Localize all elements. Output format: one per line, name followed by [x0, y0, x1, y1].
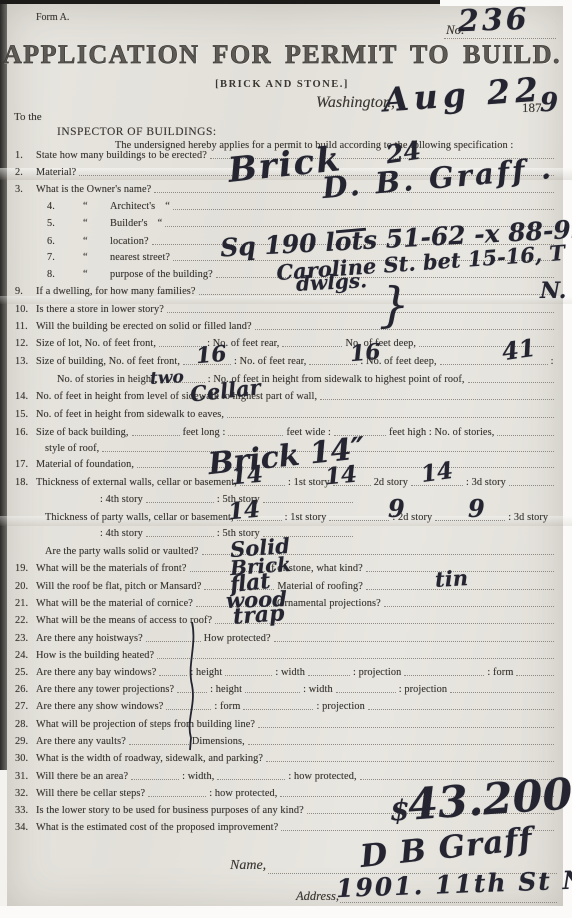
fill-line — [468, 381, 554, 383]
question-text: style of roof, — [45, 443, 99, 454]
question-text: : 4th story — [100, 494, 143, 505]
question-text: location? — [110, 236, 149, 247]
addressee-label: INSPECTOR OF BUILDINGS: — [57, 126, 217, 138]
fill-line — [227, 416, 554, 418]
question-text: Will the roof be flat, pitch or Mansard? — [36, 581, 201, 592]
fill-line — [509, 484, 554, 486]
question-text: : projection — [353, 667, 401, 678]
ink-cellar-note: Cellar — [189, 376, 262, 404]
fill-line — [243, 708, 313, 710]
question-number: 21. — [15, 598, 36, 609]
question-30: 30.What is the width of roadway, sidewal… — [15, 753, 557, 764]
fill-line — [245, 691, 300, 693]
question-text: : width, — [182, 771, 214, 782]
question-number: 30. — [15, 753, 36, 764]
ink-ext-cellar: 14 — [230, 463, 264, 489]
fill-line — [199, 293, 554, 295]
question-12: 12.Size of lot, No. of feet front,: No. … — [15, 338, 557, 349]
fill-line — [274, 640, 554, 642]
question-number: 29. — [15, 736, 36, 747]
fill-line — [146, 501, 214, 503]
question-text: : 4th story — [100, 528, 143, 539]
ink-roofing-material: tin — [434, 567, 468, 590]
question-text: Size of back building, — [36, 427, 129, 438]
ditto-mark: “ — [158, 218, 163, 229]
question-text: Is there a store in lower story? — [36, 304, 164, 315]
question-text: What will be the materials of front? — [36, 563, 187, 574]
question-number: 9. — [15, 286, 36, 297]
fill-line — [157, 657, 554, 659]
question-number: 19. — [15, 563, 36, 574]
ditto-mark: “ — [83, 269, 110, 280]
question-text: Builder's — [110, 218, 148, 229]
page-title: APPLICATION FOR PERMIT TO BUILD. — [0, 40, 564, 70]
question-number: 28. — [15, 719, 36, 730]
fill-line — [516, 674, 554, 676]
fill-line — [248, 743, 554, 745]
question-text: What is the width of roadway, sidewalk, … — [36, 753, 263, 764]
question-text: What will be the material of cornice? — [36, 598, 193, 609]
question-text: If a dwelling, for how many families? — [36, 286, 196, 297]
ditto-mark: “ — [83, 201, 110, 212]
question-number: 14. — [15, 391, 36, 402]
question-text: : projection — [316, 701, 364, 712]
question-text: Are the party walls solid or vaulted? — [45, 546, 199, 557]
question-number: 25. — [15, 667, 36, 678]
ink-ext-2d-story: 14 — [420, 459, 455, 486]
question-4: 4.“Architect's“ — [47, 201, 557, 212]
ink-purpose: dwlgs. — [296, 270, 368, 294]
fill-line — [263, 501, 353, 503]
question-number: 1. — [15, 150, 36, 161]
question-number: 7. — [47, 252, 83, 263]
question-text: : how protected, — [288, 771, 356, 782]
question-number: 20. — [15, 581, 36, 592]
question-27: 27.Are there any show windows?: form: pr… — [15, 701, 557, 712]
ink-cost-currency: $ — [390, 797, 409, 825]
scan-edge-bottom — [0, 906, 572, 918]
ditto-mark: “ — [83, 252, 110, 263]
question-text: Material? — [36, 167, 76, 178]
question-number: 2. — [15, 167, 36, 178]
question-text: What will be projection of steps from bu… — [36, 719, 255, 730]
question-number: 22. — [15, 615, 36, 626]
fill-line — [132, 434, 180, 436]
fill-line — [148, 795, 206, 797]
question-number: 17. — [15, 459, 36, 470]
paper-crease — [0, 296, 572, 304]
question-number: 5. — [47, 218, 83, 229]
question-25: 25.Are there any bay windows?: height: w… — [15, 667, 557, 678]
question-text: : 1st story — [285, 512, 327, 523]
fill-line — [225, 674, 272, 676]
question-text: purpose of the building? — [110, 269, 213, 280]
question-text: Material of foundation, — [36, 459, 134, 470]
question-number: 23. — [15, 633, 36, 644]
ditto-mark: “ — [83, 236, 110, 247]
ink-feet-rear: 16 — [349, 341, 381, 366]
to-the-label: To the — [14, 111, 42, 123]
ditto-mark: “ — [165, 201, 170, 212]
question-13: 13.Size of building, No. of feet front,:… — [15, 356, 557, 367]
question-28: 28.What will be projection of steps from… — [15, 719, 557, 730]
question-text: Are there any bay windows? — [36, 667, 156, 678]
scan-edge-left — [0, 0, 7, 770]
question-text: Thickness of party walls, cellar or base… — [45, 512, 234, 523]
ink-ext-1st-story: 14 — [324, 463, 358, 489]
ink-estimated-cost: 43.200 — [407, 773, 572, 827]
question-16: 16.Size of back building,feet long :feet… — [15, 427, 557, 438]
fill-line — [146, 535, 214, 537]
question-text: How protected? — [204, 633, 271, 644]
question-number: 11. — [15, 321, 36, 332]
fill-line — [320, 398, 554, 400]
question-29: 29.Are there any vaults?Dimensions, — [15, 736, 557, 747]
question-text: Material of roofing? — [277, 581, 363, 592]
ink-vertical-stroke — [184, 620, 200, 752]
question-22: 22.What will be the means of access to r… — [15, 615, 557, 626]
fill-line — [404, 674, 484, 676]
question-number: 27. — [15, 701, 36, 712]
question-text: : 3d story — [508, 512, 548, 523]
fill-line — [131, 778, 179, 780]
question-number: 6. — [47, 236, 83, 247]
question-number: 16. — [15, 427, 36, 438]
fill-line — [329, 519, 389, 521]
question-text: Are there any show windows? — [36, 701, 163, 712]
question-text: Ornamental projections? — [277, 598, 381, 609]
question-text: Will there be cellar steps? — [36, 788, 145, 799]
question-14: 14.No. of feet in height from level of s… — [15, 391, 557, 402]
question-text: Size of lot, No. of feet front, — [36, 338, 156, 349]
question-text: Are there any tower projections? — [36, 684, 174, 695]
question-13-stories: No. of stories in height,: No. of feet i… — [57, 374, 557, 385]
question-text: Are there any hoistways? — [36, 633, 143, 644]
ink-year-digit: 9 — [540, 90, 558, 116]
question-text: Architect's — [110, 201, 155, 212]
question-text: Will there be an area? — [36, 771, 128, 782]
question-text: What is the estimated cost of the propos… — [36, 822, 278, 833]
question-text: : 1st story — [288, 477, 330, 488]
question-text: 2d story — [374, 477, 408, 488]
fill-line — [440, 363, 548, 365]
question-text: : No. of feet rear, — [234, 356, 306, 367]
question-24: 24.How is the building heated? — [15, 650, 557, 661]
fill-line — [336, 691, 396, 693]
ink-purpose-note: N. — [540, 280, 566, 302]
question-number: 4. — [47, 201, 83, 212]
question-number: 24. — [15, 650, 36, 661]
fill-line — [228, 434, 283, 436]
question-text: feet high : No. of stories, — [389, 427, 494, 438]
question-text: Thickness of external walls, cellar or b… — [36, 477, 237, 488]
permit-form-page: Form A. No. APPLICATION FOR PERMIT TO BU… — [0, 0, 572, 918]
ink-form-number: 236 — [457, 5, 530, 37]
ink-stories: two — [150, 369, 185, 388]
question-text: Size of building, No. of feet front, — [36, 356, 180, 367]
form-label: Form A. — [36, 12, 69, 23]
scan-edge-top — [0, 0, 440, 4]
question-text: : width — [303, 684, 333, 695]
ink-brace: } — [379, 281, 410, 329]
question-18: 18.Thickness of external walls, cellar o… — [15, 477, 557, 488]
question-26: 26.Are there any tower projections?: hei… — [15, 684, 557, 695]
question-text: Is the lower story to be used for busine… — [36, 805, 304, 816]
address-line — [340, 902, 557, 903]
question-text: : width — [275, 667, 305, 678]
fill-line — [258, 726, 554, 728]
fill-line — [173, 208, 554, 210]
ink-owner-name: D. B. Graff . — [321, 154, 555, 203]
fill-line — [450, 691, 554, 693]
question-text: feet long : — [183, 427, 226, 438]
question-11: 11.Will the building be erected on solid… — [15, 321, 557, 332]
fill-line — [384, 605, 554, 607]
question-number: 26. — [15, 684, 36, 695]
question-number: 10. — [15, 304, 36, 315]
question-23: 23.Are there any hoistways?How protected… — [15, 633, 557, 644]
ink-party-cellar: 14 — [227, 498, 261, 524]
question-10: 10.Is there a store in lower story? — [15, 304, 557, 315]
fill-line — [217, 778, 285, 780]
question-number: 18. — [15, 477, 36, 488]
fill-line — [368, 708, 554, 710]
question-number: 13. — [15, 356, 36, 367]
scan-edge-left-bottom — [0, 770, 7, 918]
question-text: No. of stories in height, — [57, 374, 157, 385]
question-text: : how protected, — [209, 788, 277, 799]
question-number: 8. — [47, 269, 83, 280]
question-text: Are there any vaults? — [36, 736, 126, 747]
address-label: Address, — [296, 889, 339, 904]
ink-party-2d-story: 9 — [468, 497, 485, 521]
question-number: 15. — [15, 409, 36, 420]
question-18-solid-vaulted: Are the party walls solid or vaulted? — [45, 546, 557, 557]
question-text: No. of feet in height from sidewalk to e… — [36, 409, 224, 420]
question-text: No. of feet in height from level of side… — [36, 391, 317, 402]
question-text: : — [551, 356, 554, 367]
ink-feet-front: 16 — [195, 343, 227, 368]
question-text: What is the Owner's name? — [36, 184, 151, 195]
question-text: State how many buildings to be erected? — [36, 150, 207, 161]
fill-line — [266, 760, 554, 762]
ink-date: Aug 22 — [382, 72, 544, 116]
question-text: : projection — [399, 684, 447, 695]
question-text: : height — [210, 684, 242, 695]
ink-roof-access: trap — [232, 602, 285, 628]
question-number: 12. — [15, 338, 36, 349]
fill-line — [129, 743, 189, 745]
question-number: 3. — [15, 184, 36, 195]
question-text: How is the building heated? — [36, 650, 154, 661]
question-text: : 3d story — [466, 477, 506, 488]
ink-feet-deep: 41 — [500, 336, 536, 364]
question-number: 31. — [15, 771, 36, 782]
question-number: 33. — [15, 805, 36, 816]
name-label: Name, — [230, 858, 266, 874]
question-number: 32. — [15, 788, 36, 799]
ink-party-1st-story: 9 — [388, 497, 405, 521]
question-number: 34. — [15, 822, 36, 833]
ditto-mark: “ — [83, 218, 110, 229]
question-text: nearest street? — [110, 252, 170, 263]
question-9: 9.If a dwelling, for how many families? — [15, 286, 557, 297]
question-text: : form — [487, 667, 513, 678]
fill-line — [167, 311, 554, 313]
question-15: 15.No. of feet in height from sidewalk t… — [15, 409, 557, 420]
question-text: Will the building be erected on solid or… — [36, 321, 252, 332]
fill-line — [308, 674, 350, 676]
question-text: : form — [214, 701, 240, 712]
fill-line — [282, 345, 342, 347]
fill-line — [497, 434, 554, 436]
